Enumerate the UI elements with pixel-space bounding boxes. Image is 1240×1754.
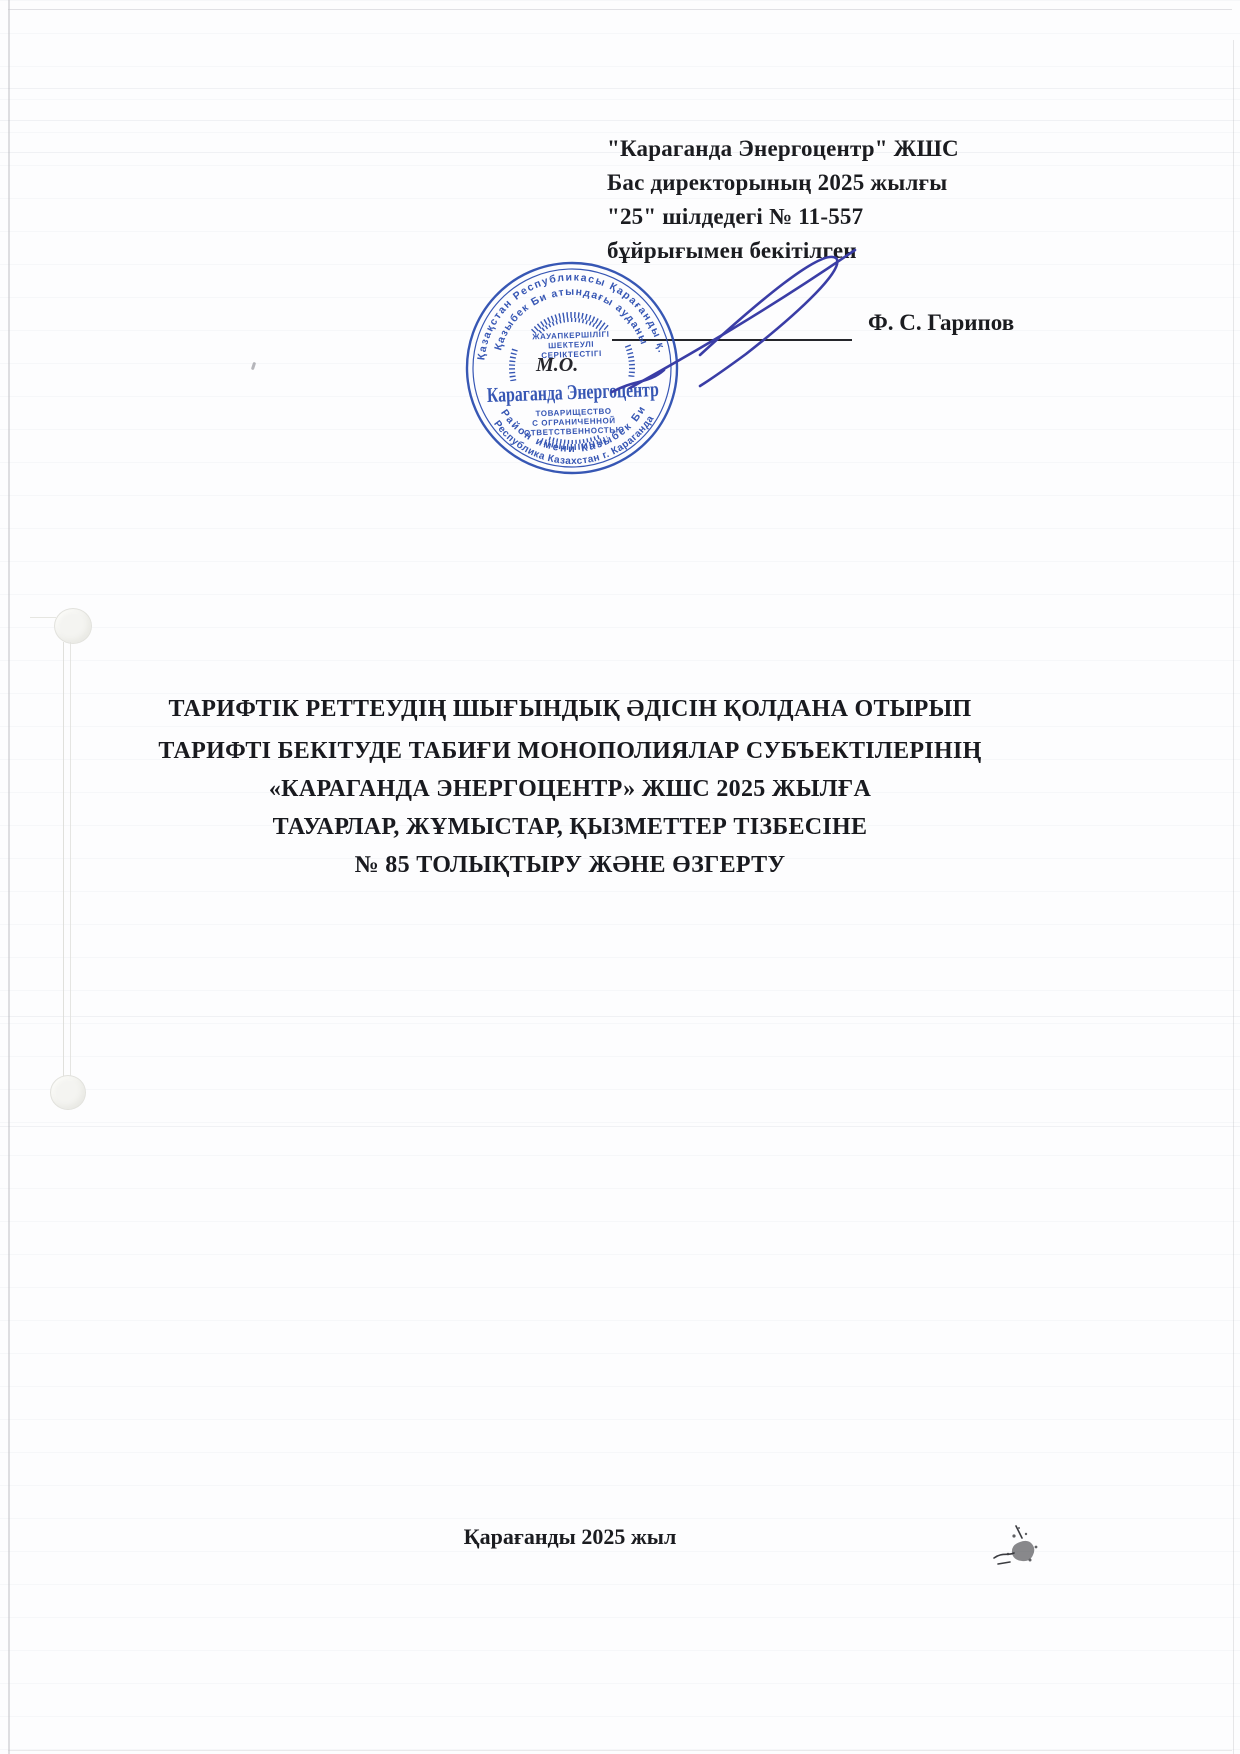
signer-name: Ф. С. Гарипов [868, 310, 1014, 336]
scan-streak [0, 88, 1240, 89]
title-line-1: ТАРИФТІК РЕТТЕУДІҢ ШЫҒЫНДЫҚ ӘДІСІН ҚОЛДА… [115, 690, 1025, 728]
ink-smudge [986, 1514, 1056, 1576]
binder-fastener-bottom [50, 1075, 86, 1110]
title-line-4: ТАУАРЛАР, ЖҰМЫСТАР, ҚЫЗМЕТТЕР ТІЗБЕСІНЕ [115, 808, 1025, 846]
page-bottom-edge-line [8, 1750, 1232, 1751]
scan-streak [0, 120, 1240, 121]
handwritten-signature [596, 236, 876, 406]
title-line-5: № 85 ТОЛЫҚТЫРУ ЖӘНЕ ӨЗГЕРТУ [115, 846, 1025, 884]
scan-speck [251, 362, 256, 371]
binder-fastener-mark [30, 617, 56, 618]
approval-line-company: "Караганда Энергоцентр" ЖШС [607, 132, 959, 166]
binder-fastener-stem [63, 642, 71, 1078]
page-left-edge-line [8, 0, 10, 1754]
document-title: ТАРИФТІК РЕТТЕУДІҢ ШЫҒЫНДЫҚ ӘДІСІН ҚОЛДА… [115, 690, 1025, 884]
seal-place-mark: М.О. [536, 354, 578, 377]
scan-streak [0, 1126, 1240, 1127]
title-line-2: ТАРИФТІ БЕКІТУДЕ ТАБИҒИ МОНОПОЛИЯЛАР СУБ… [115, 732, 1025, 770]
approval-line-director: Бас директорының 2025 жылғы [607, 166, 959, 200]
footer-city-year: Қарағанды 2025 жыл [115, 1524, 1025, 1550]
scan-streak [0, 1016, 1240, 1017]
page-right-edge-line [1233, 40, 1234, 1754]
binder-fastener-top [54, 608, 92, 644]
page-top-edge-line [8, 9, 1232, 10]
scanned-document-page: "Караганда Энергоцентр" ЖШС Бас директор… [0, 0, 1240, 1754]
title-line-3: «КАРАГАНДА ЭНЕРГОЦЕНТР» ЖШС 2025 ЖЫЛҒА [115, 770, 1025, 808]
approval-line-order-number: "25" шілдедегі № 11-557 [607, 200, 959, 234]
